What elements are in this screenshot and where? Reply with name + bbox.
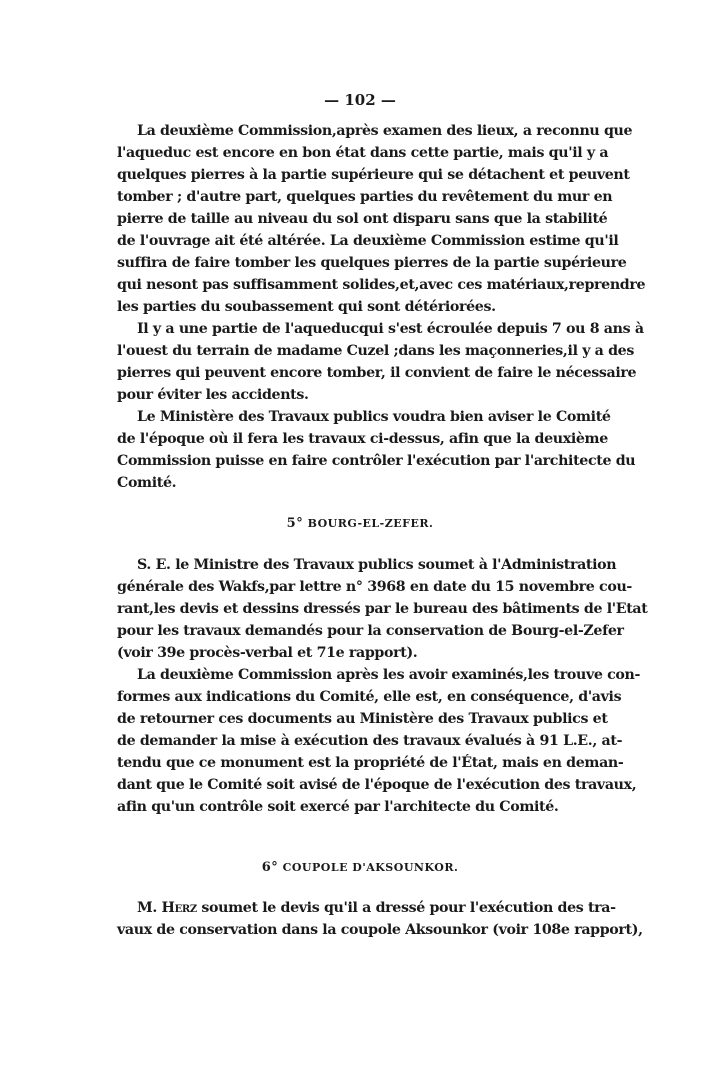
text-line: (voir 39e procès-verbal et 71e rapport). (117, 642, 603, 664)
text-line: pour éviter les accidents. (117, 384, 603, 406)
text-line: pierre de taille au niveau du sol ont di… (117, 208, 603, 230)
text-line: l'aqueduc est encore en bon état dans ce… (117, 142, 603, 164)
section-number: 6° (262, 860, 279, 875)
paragraph-aqueduct-collapse: Il y a une partie de l'aqueducqui s'est … (117, 318, 603, 406)
paragraph-aqueduct-state: La deuxième Commission,après examen des … (117, 120, 603, 318)
paragraph-herz-estimate: M. Herz soumet le devis qu'il a dressé p… (117, 897, 603, 941)
text-line: l'ouest du terrain de madame Cuzel ;dans… (117, 340, 603, 362)
text-line: pour les travaux demandés pour la conser… (117, 620, 603, 642)
document-page: — 102 — La deuxième Commission,après exa… (117, 86, 603, 941)
paragraph-ministry-notice: Le Ministère des Travaux publics voudra … (117, 406, 603, 494)
text-line: de retourner ces documents au Ministère … (117, 708, 603, 730)
text-line: de l'ouvrage ait été altérée. La deuxièm… (117, 230, 603, 252)
text-line: qui nesont pas suffisamment solides,et,a… (117, 274, 603, 296)
text-line: afin qu'un contrôle soit exercé par l'ar… (117, 796, 603, 818)
section-title: BOURG-EL-ZEFER. (308, 517, 434, 530)
text-line: quelques pierres à la partie supérieure … (117, 164, 603, 186)
text-line: Comité. (117, 472, 603, 494)
speaker-name: Herz (162, 900, 197, 916)
text-line: Il y a une partie de l'aqueducqui s'est … (117, 318, 603, 340)
section-heading-bourg-el-zefer: 5° BOURG-EL-ZEFER. (117, 513, 603, 535)
text-line: de l'époque où il fera les travaux ci-de… (117, 428, 603, 450)
text-line: dant que le Comité soit avisé de l'époqu… (117, 774, 603, 796)
speaker-prefix: M. (137, 900, 162, 916)
text-line: rant,les devis et dessins dressés par le… (117, 598, 603, 620)
paragraph-commission-opinion: La deuxième Commission après les avoir e… (117, 664, 603, 818)
page-number: — 102 — (117, 86, 603, 114)
section-heading-coupole-aksounkor: 6° COUPOLE D'AKSOUNKOR. (117, 857, 603, 879)
text-line: tomber ; d'autre part, quelques parties … (117, 186, 603, 208)
paragraph-minister-submission: S. E. le Ministre des Travaux publics so… (117, 554, 603, 664)
text-line: les parties du soubassement qui sont dét… (117, 296, 603, 318)
section-title: COUPOLE D'AKSOUNKOR. (283, 861, 459, 874)
text-line: La deuxième Commission,après examen des … (117, 120, 603, 142)
text-line: tendu que ce monument est la propriété d… (117, 752, 603, 774)
text-line: générale des Wakfs,par lettre n° 3968 en… (117, 576, 603, 598)
section-number: 5° (287, 516, 304, 531)
text-line: pierres qui peuvent encore tomber, il co… (117, 362, 603, 384)
text-line: S. E. le Ministre des Travaux publics so… (117, 554, 603, 576)
text-line: Commission puisse en faire contrôler l'e… (117, 450, 603, 472)
text-line: formes aux indications du Comité, elle e… (117, 686, 603, 708)
text-line: Le Ministère des Travaux publics voudra … (117, 406, 603, 428)
text-line: M. Herz soumet le devis qu'il a dressé p… (117, 897, 603, 919)
text-line: vaux de conservation dans la coupole Aks… (117, 919, 603, 941)
first-line-rest: soumet le devis qu'il a dressé pour l'ex… (197, 900, 616, 916)
text-line: La deuxième Commission après les avoir e… (117, 664, 603, 686)
text-line: de demander la mise à exécution des trav… (117, 730, 603, 752)
text-line: suffira de faire tomber les quelques pie… (117, 252, 603, 274)
